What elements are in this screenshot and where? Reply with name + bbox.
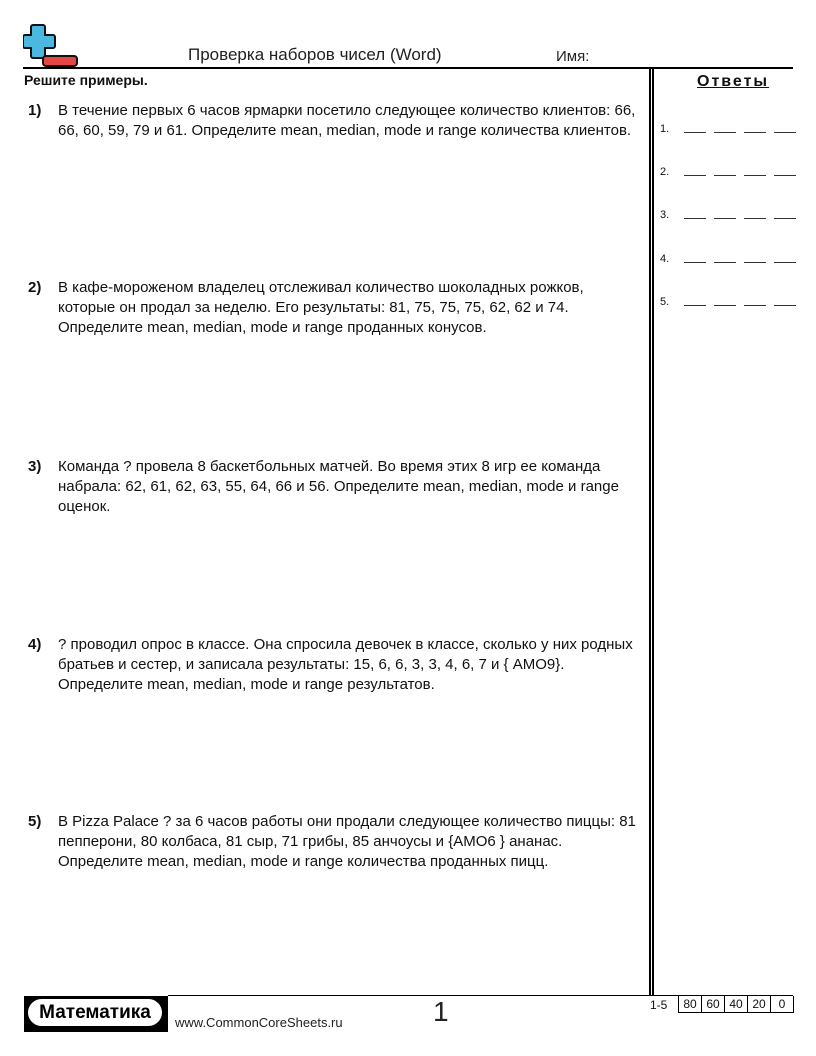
problem-text: Команда ? провела 8 баскетбольных матчей… <box>58 457 644 517</box>
name-label: Имя: <box>556 48 589 65</box>
answer-blank[interactable] <box>744 174 766 176</box>
site-link[interactable]: www.CommonCoreSheets.ru <box>175 1015 343 1030</box>
page-number: 1 <box>433 996 449 1028</box>
answer-row-1: 1. <box>660 123 796 135</box>
answer-blank[interactable] <box>744 304 766 306</box>
problem-5: 5) В Pizza Palace ? за 6 часов работы он… <box>24 812 644 872</box>
answer-blank[interactable] <box>774 261 796 263</box>
problem-number: 2) <box>24 278 58 338</box>
footer-divider <box>168 995 649 996</box>
score-cell: 60 <box>702 996 725 1013</box>
answer-row-4: 4. <box>660 253 796 265</box>
problem-number: 5) <box>24 812 58 872</box>
answer-blank[interactable] <box>774 174 796 176</box>
answer-blank[interactable] <box>684 174 706 176</box>
column-divider <box>649 68 654 996</box>
answer-blank[interactable] <box>744 131 766 133</box>
answer-blank[interactable] <box>744 217 766 219</box>
answer-blank[interactable] <box>714 304 736 306</box>
problem-text: В Pizza Palace ? за 6 часов работы они п… <box>58 812 644 872</box>
problem-2: 2) В кафе-мороженом владелец отслеживал … <box>24 278 644 338</box>
answer-blank[interactable] <box>684 261 706 263</box>
page-title: Проверка наборов чисел (Word) <box>188 45 442 65</box>
problem-1: 1) В течение первых 6 часов ярмарки посе… <box>24 101 644 141</box>
answer-row-5: 5. <box>660 296 796 308</box>
answer-blank[interactable] <box>714 217 736 219</box>
answer-blank[interactable] <box>714 174 736 176</box>
brand-badge: Математика <box>24 996 168 1032</box>
score-table: 80 60 40 20 0 <box>678 996 794 1013</box>
problem-4: 4) ? проводил опрос в классе. Она спроси… <box>24 635 644 695</box>
answer-blank[interactable] <box>684 217 706 219</box>
answer-blank[interactable] <box>774 304 796 306</box>
problem-number: 3) <box>24 457 58 517</box>
score-cell: 40 <box>725 996 748 1013</box>
answers-title: Ответы <box>697 73 769 91</box>
math-logo-icon <box>23 24 79 68</box>
answer-row-2: 2. <box>660 166 796 178</box>
problem-text: В течение первых 6 часов ярмарки посетил… <box>58 101 644 141</box>
brand-label: Математика <box>28 999 162 1026</box>
problem-text: ? проводил опрос в классе. Она спросила … <box>58 635 644 695</box>
answer-blank[interactable] <box>744 261 766 263</box>
answer-blank[interactable] <box>774 217 796 219</box>
answer-blank[interactable] <box>714 131 736 133</box>
answer-blank[interactable] <box>774 131 796 133</box>
problem-number: 4) <box>24 635 58 695</box>
header-divider <box>23 67 793 69</box>
score-range-label: 1-5 <box>650 998 667 1012</box>
problem-3: 3) Команда ? провела 8 баскетбольных мат… <box>24 457 644 517</box>
answer-row-3: 3. <box>660 209 796 221</box>
problem-text: В кафе-мороженом владелец отслеживал кол… <box>58 278 644 338</box>
problem-number: 1) <box>24 101 58 141</box>
answer-blank[interactable] <box>714 261 736 263</box>
instructions: Решите примеры. <box>24 72 148 88</box>
answer-blank[interactable] <box>684 304 706 306</box>
score-cell: 80 <box>679 996 702 1013</box>
score-cell: 20 <box>748 996 771 1013</box>
answer-blank[interactable] <box>684 131 706 133</box>
score-cell: 0 <box>771 996 794 1013</box>
